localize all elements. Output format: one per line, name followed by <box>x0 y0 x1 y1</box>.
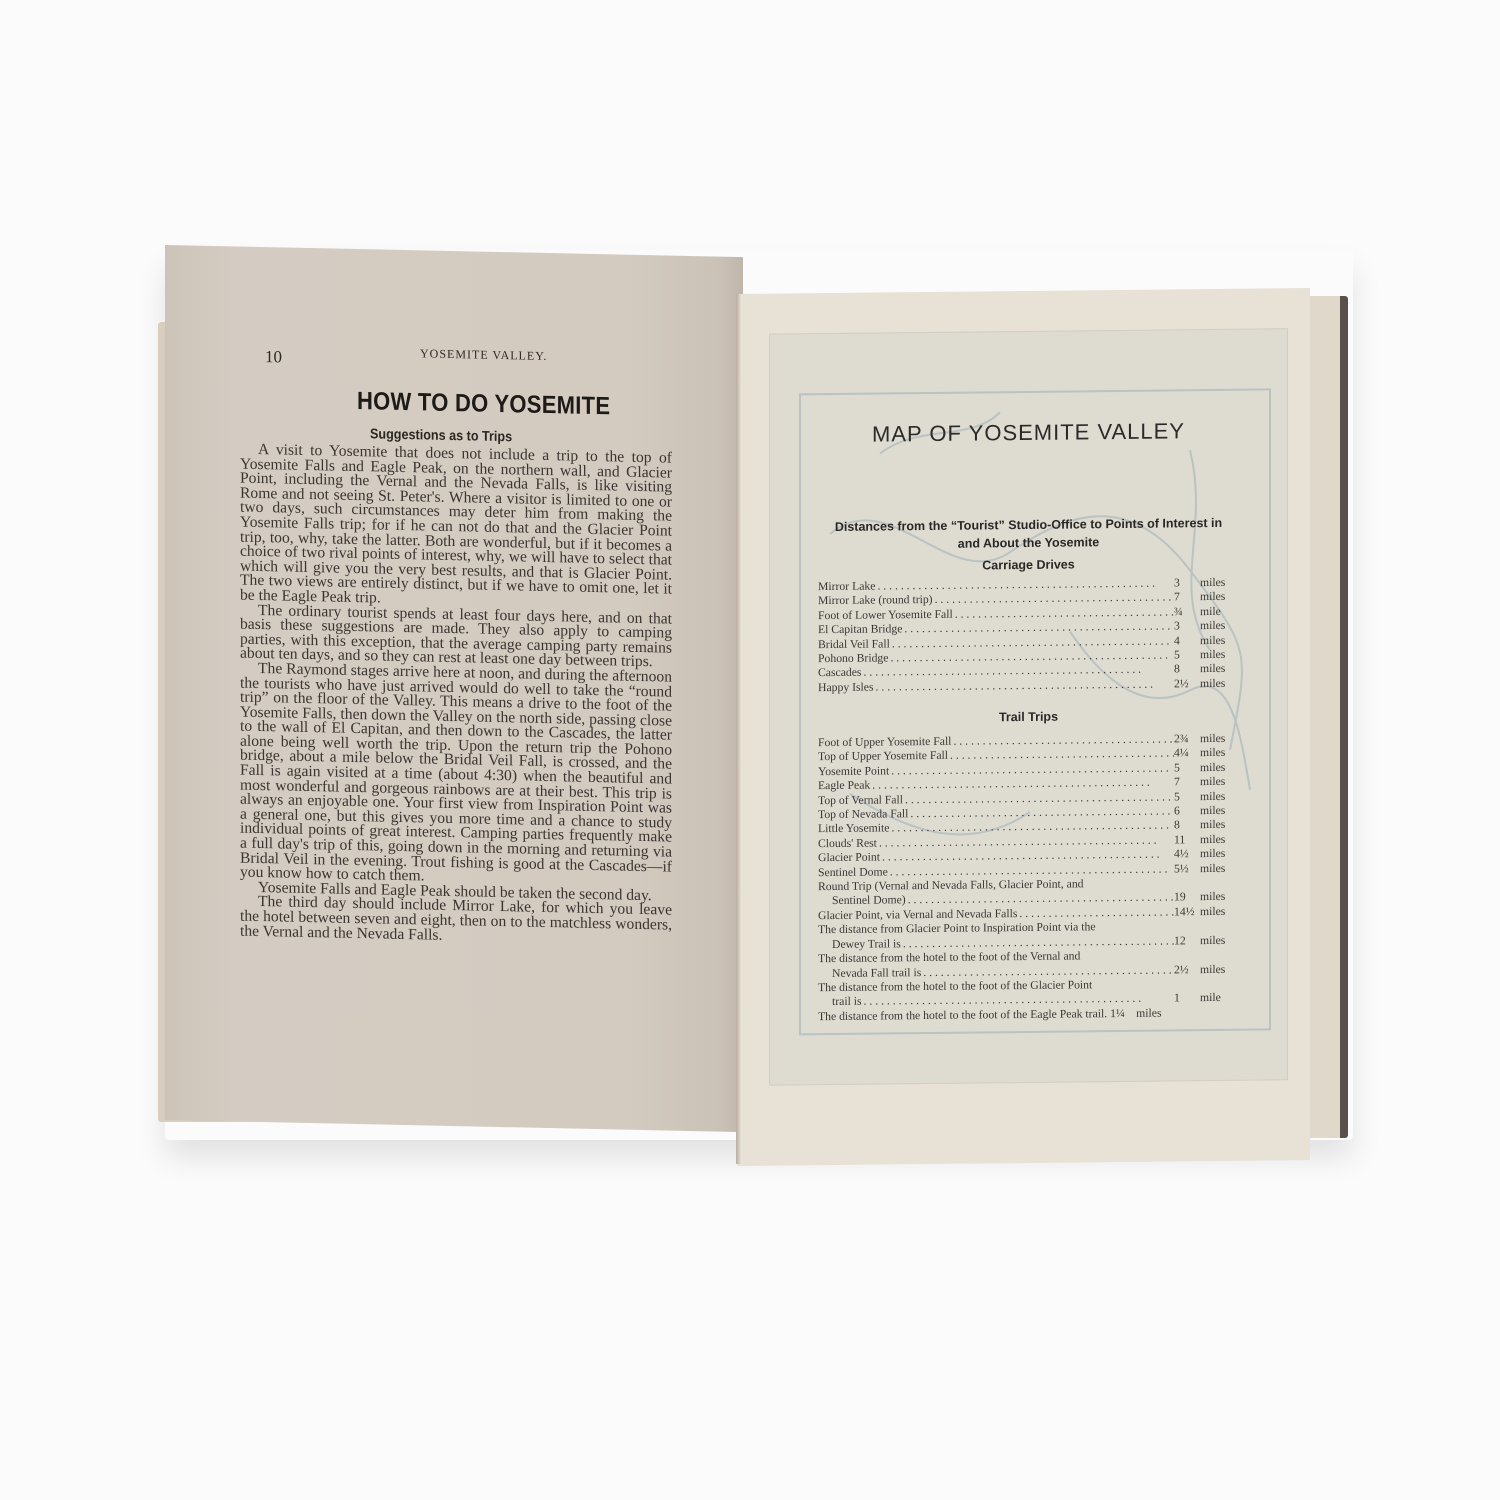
distances-heading: Distances from the “Tourist” Studio-Offi… <box>770 513 1287 576</box>
paragraph: The Raymond stages arrive here at noon, … <box>240 661 672 889</box>
left-page: 10 YOSEMITE VALLEY. HOW TO DO YOSEMITE S… <box>165 245 743 1132</box>
running-head: YOSEMITE VALLEY. <box>420 346 547 364</box>
carriage-drives-table: Mirror Lake3miles Mirror Lake (round tri… <box>818 576 1236 696</box>
paragraph: A visit to Yosemite that does not includ… <box>240 443 672 613</box>
chapter-title: HOW TO DO YOSEMITE <box>357 387 610 421</box>
paragraph: The third day should include Mirror Lake… <box>240 895 672 948</box>
right-page: MAP OF YOSEMITE VALLEY Distances from th… <box>737 288 1310 1166</box>
page-number: 10 <box>265 347 282 367</box>
trail-trips-table: Foot of Upper Yosemite Fall2¾miles Top o… <box>818 732 1236 1025</box>
chapter-subtitle: Suggestions as to Trips <box>370 425 512 444</box>
body-text: A visit to Yosemite that does not includ… <box>240 443 672 948</box>
map-title: MAP OF YOSEMITE VALLEY <box>770 417 1287 448</box>
book-spine <box>736 294 742 1164</box>
tissue-overlay: MAP OF YOSEMITE VALLEY Distances from th… <box>769 328 1288 1085</box>
